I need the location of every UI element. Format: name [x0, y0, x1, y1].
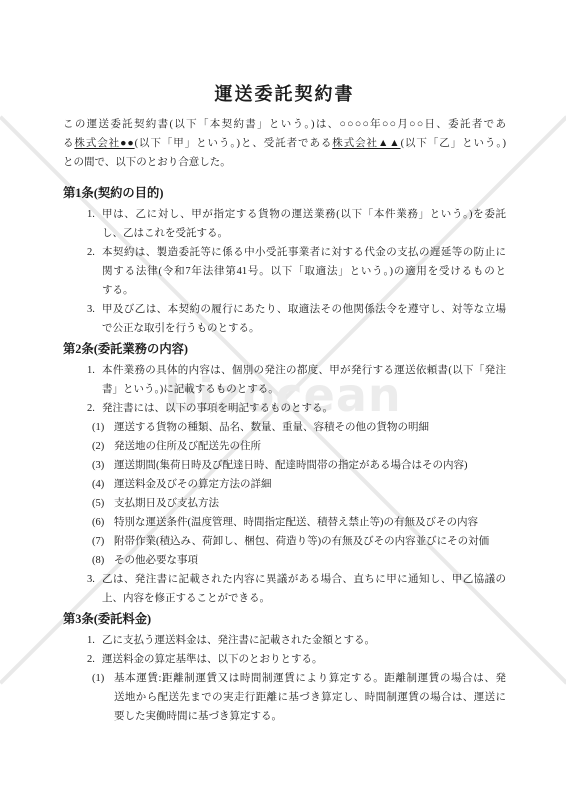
article-1-item-2: 2. 本契約は、製造委託等に係る中小受託事業者に対する代金の支払の遅延等の防止に…	[63, 243, 506, 300]
intro-text: (以下「乙」という。)	[401, 138, 506, 149]
article-2: 第2条(委託業務の内容) 1. 本件業務の具体的内容は、個別の発注の都度、甲が発…	[63, 340, 506, 608]
item-number: 1.	[87, 631, 95, 650]
article-1-item-3: 3. 甲及び乙は、本契約の履行にあたり、取適法その他関係法令を遵守し、対等な立場…	[63, 300, 506, 338]
subitem-line: 運送期間(集荷日時及び配達日時、配達時間帯の指定がある場合はその内容)	[114, 456, 506, 475]
item-number: 2.	[87, 243, 95, 262]
article-2-item-2: 2. 発注書には、以下の事項を明記するものとする。	[63, 399, 506, 418]
article-2-subitem-8: (8) その他必要な事項	[63, 551, 506, 570]
item-line: 書」という。)に記載するものとする。	[102, 380, 506, 399]
article-2-subitem-1: (1) 運送する貨物の種類、品名、数量、重量、容積その他の貨物の明細	[63, 418, 506, 437]
item-line: し、乙はこれを受託する。	[102, 224, 506, 243]
article-2-heading: 第2条(委託業務の内容)	[63, 340, 506, 359]
article-1: 第1条(契約の目的) 1. 甲は、乙に対し、甲が指定する貨物の運送業務(以下「本…	[63, 184, 506, 338]
article-1-item-1: 1. 甲は、乙に対し、甲が指定する貨物の運送業務(以下「本件業務」という。)を委…	[63, 205, 506, 243]
item-line: 運送料金の算定基準は、以下のとおりとする。	[102, 650, 506, 669]
document-content: 運送委託契約書 この運送委託契約書(以下「本契約書」という。)は、○○○○年○○…	[63, 0, 506, 726]
subitem-label: (8)	[92, 551, 104, 570]
article-2-subitem-7: (7) 附帯作業(積込み、荷卸し、梱包、荷造り等)の有無及びその内容並びにその対…	[63, 532, 506, 551]
item-number: 2.	[87, 399, 95, 418]
article-2-item-3: 3. 乙は、発注書に記載された内容に異議がある場合、直ちに甲に通知し、甲乙協議の…	[63, 570, 506, 608]
item-number: 2.	[87, 650, 95, 669]
subitem-line: 基本運賃:距離制運賃又は時間制運賃により算定する。距離制運賃の場合は、発	[114, 669, 506, 688]
subitem-line: 発送地の住所及び配送先の住所	[114, 437, 506, 456]
article-3-heading: 第3条(委託料金)	[63, 610, 506, 629]
item-line: 上、内容を修正することができる。	[102, 589, 506, 608]
intro-text: (以下「甲」という。)と、受託者である	[135, 138, 333, 149]
item-line: 甲は、乙に対し、甲が指定する貨物の運送業務(以下「本件業務」という。)を委託	[102, 205, 506, 224]
contractor-company-name: 株式会社▲▲	[332, 138, 400, 149]
subitem-label: (7)	[92, 532, 104, 551]
item-line: する。	[102, 281, 506, 300]
intro-paragraph: この運送委託契約書(以下「本契約書」という。)は、○○○○年○○月○○日、委託者…	[63, 115, 506, 172]
item-line: 乙は、発注書に記載された内容に異議がある場合、直ちに甲に通知し、甲乙協議の	[102, 570, 506, 589]
intro-text: る	[63, 138, 74, 149]
item-line: 乙に支払う運送料金は、発注書に記載された金額とする。	[102, 631, 506, 650]
article-2-subitem-2: (2) 発送地の住所及び配送先の住所	[63, 437, 506, 456]
article-3-item-1: 1. 乙に支払う運送料金は、発注書に記載された金額とする。	[63, 631, 506, 650]
subitem-line: その他必要な事項	[114, 551, 506, 570]
article-2-item-1: 1. 本件業務の具体的内容は、個別の発注の都度、甲が発行する運送依頼書(以下「発…	[63, 361, 506, 399]
subitem-line: 支払期日及び支払方法	[114, 494, 506, 513]
subitem-label: (4)	[92, 475, 104, 494]
item-line: 関する法律(令和7年法律第41号。以下「取適法」という。)の適用を受けるものと	[102, 262, 506, 281]
item-line: 甲及び乙は、本契約の履行にあたり、取適法その他関係法令を遵守し、対等な立場	[102, 300, 506, 319]
item-number: 1.	[87, 361, 95, 380]
item-number: 3.	[87, 570, 95, 589]
article-3-item-2: 2. 運送料金の算定基準は、以下のとおりとする。	[63, 650, 506, 669]
intro-line: との間で、以下のとおり合意した。	[63, 153, 506, 172]
subitem-label: (5)	[92, 494, 104, 513]
article-2-subitem-3: (3) 運送期間(集荷日時及び配達日時、配達時間帯の指定がある場合はその内容)	[63, 456, 506, 475]
intro-line: この運送委託契約書(以下「本契約書」という。)は、○○○○年○○月○○日、委託者…	[63, 115, 506, 134]
article-3: 第3条(委託料金) 1. 乙に支払う運送料金は、発注書に記載された金額とする。 …	[63, 610, 506, 726]
intro-line: る株式会社●●(以下「甲」という。)と、受託者である株式会社▲▲(以下「乙」とい…	[63, 134, 506, 153]
subitem-line: 要した実働時間に基づき算定する。	[114, 707, 506, 726]
subitem-label: (2)	[92, 437, 104, 456]
item-line: 本件業務の具体的内容は、個別の発注の都度、甲が発行する運送依頼書(以下「発注	[102, 361, 506, 380]
item-line: 本契約は、製造委託等に係る中小受託事業者に対する代金の支払の遅延等の防止に	[102, 243, 506, 262]
item-number: 3.	[87, 300, 95, 319]
subitem-line: 送地から配送先までの実走行距離に基づき算定し、時間制運賃の場合は、運送に	[114, 688, 506, 707]
article-1-heading: 第1条(契約の目的)	[63, 184, 506, 203]
article-3-subitem-1: (1) 基本運賃:距離制運賃又は時間制運賃により算定する。距離制運賃の場合は、発…	[63, 669, 506, 726]
subitem-line: 附帯作業(積込み、荷卸し、梱包、荷造り等)の有無及びその内容並びにその対価	[114, 532, 506, 551]
document-title: 運送委託契約書	[63, 84, 506, 105]
article-2-subitem-4: (4) 運送料金及びその算定方法の詳細	[63, 475, 506, 494]
document-page: bizocean 運送委託契約書 この運送委託契約書(以下「本契約書」という。)…	[0, 0, 566, 800]
subitem-label: (6)	[92, 513, 104, 532]
subitem-line: 運送料金及びその算定方法の詳細	[114, 475, 506, 494]
item-line: 発注書には、以下の事項を明記するものとする。	[102, 399, 506, 418]
article-2-subitem-6: (6) 特別な運送条件(温度管理、時間指定配送、積替え禁止等)の有無及びその内容	[63, 513, 506, 532]
item-number: 1.	[87, 205, 95, 224]
article-2-subitem-5: (5) 支払期日及び支払方法	[63, 494, 506, 513]
subitem-line: 特別な運送条件(温度管理、時間指定配送、積替え禁止等)の有無及びその内容	[114, 513, 506, 532]
consignor-company-name: 株式会社●●	[74, 138, 134, 149]
subitem-line: 運送する貨物の種類、品名、数量、重量、容積その他の貨物の明細	[114, 418, 506, 437]
item-line: で公正な取引を行うものとする。	[102, 319, 506, 338]
subitem-label: (1)	[92, 418, 104, 437]
subitem-label: (3)	[92, 456, 104, 475]
subitem-label: (1)	[92, 669, 104, 688]
